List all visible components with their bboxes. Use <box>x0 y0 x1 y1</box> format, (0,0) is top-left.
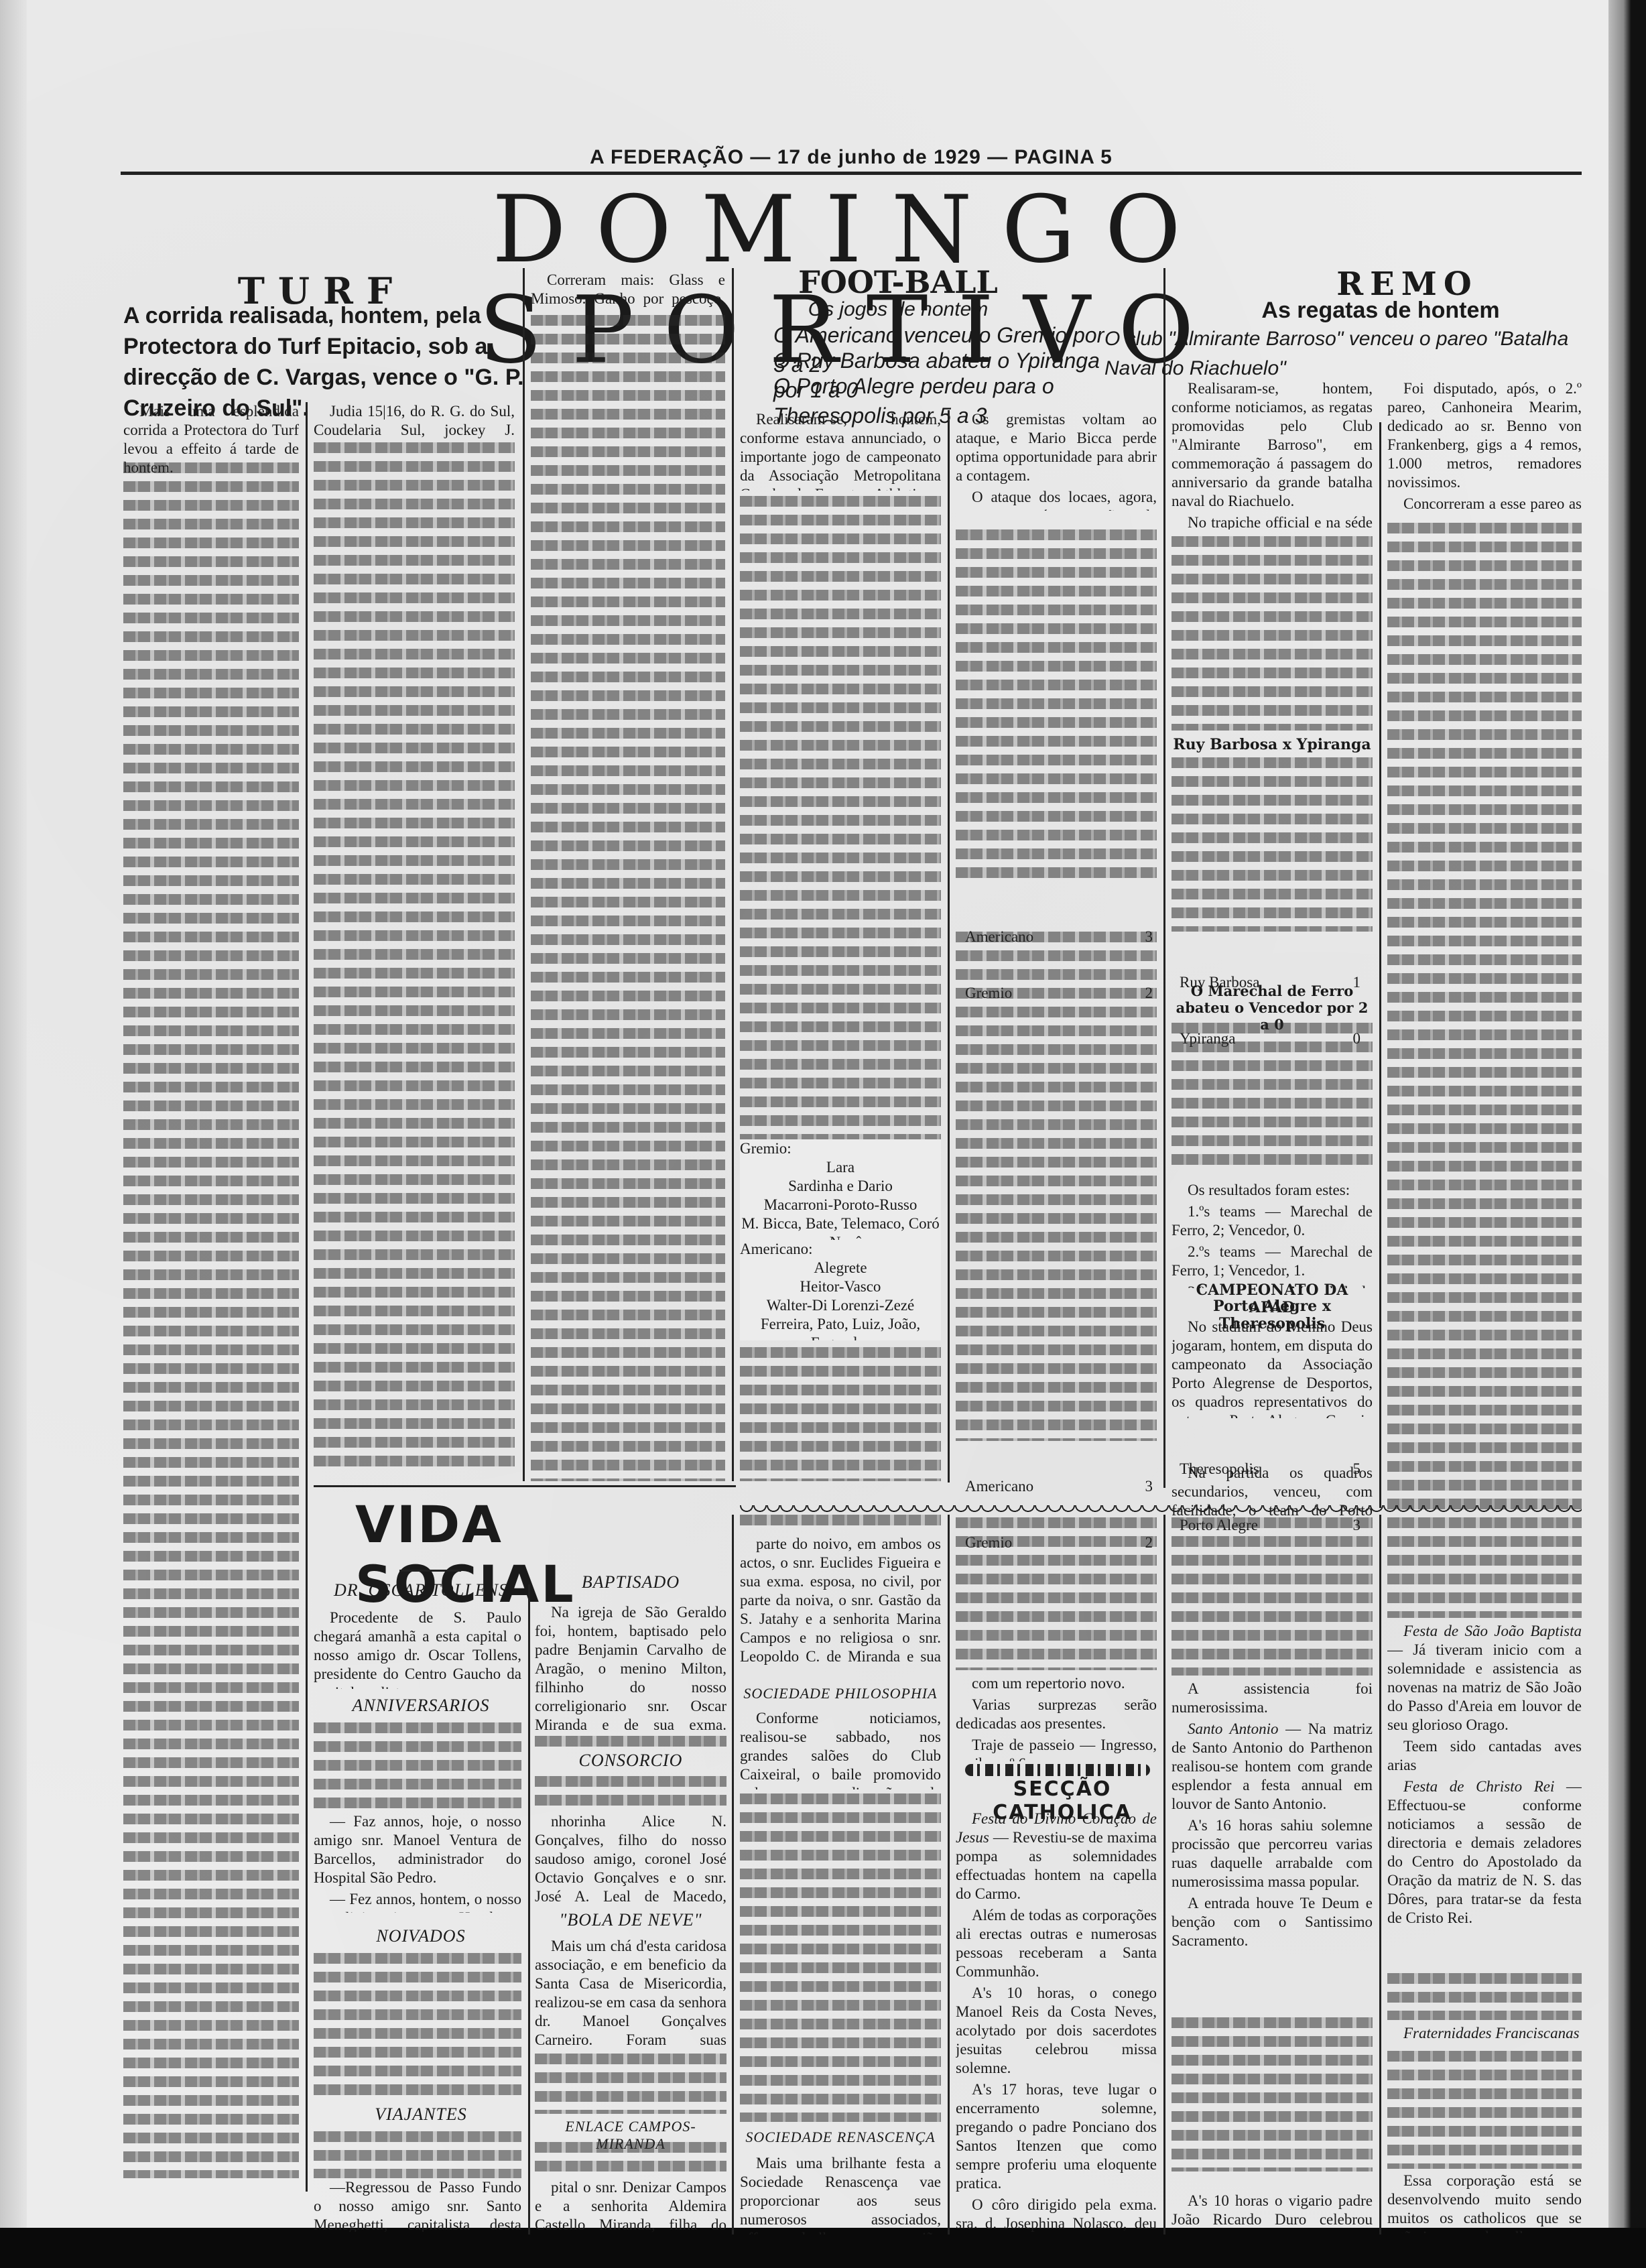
catholica-column-2-top <box>1172 1517 1373 1676</box>
sociedade-renascenca-text: Mais uma brilhante festa a Sociedade Ren… <box>740 2154 941 2234</box>
consorcio-text <box>535 1776 726 1810</box>
viajantes-last-text: —Regressou de Passo Fundo o nosso amigo … <box>314 2178 521 2232</box>
baptisado-heading: BAPTISADO <box>533 1572 728 1592</box>
remo-col2-p2: Concorreram a esse pareo as tripulações … <box>1387 495 1582 513</box>
oscar-lead: Procedente de S. Paulo chegará amanhã a … <box>314 1609 521 1689</box>
masthead-text: A FEDERAÇÃO — 17 de junho de 1929 — PAGI… <box>590 145 1113 169</box>
gremio-line: Lara <box>740 1158 941 1177</box>
franciscanas-title: Fraternidades Franciscanas <box>1387 2024 1582 2043</box>
viajantes-text <box>314 2131 521 2178</box>
remo-subtitle: O club "Almirante Barroso" venceu o pare… <box>1104 324 1587 383</box>
turf-col2-lead: Judia 15|16, do R. G. do Sul, Coudelaria… <box>314 402 515 442</box>
santo-antonio-p3: A entrada houve Te Deum e benção com o S… <box>1172 1894 1373 1950</box>
christo-rei-title: Festa de Christo Rei <box>1403 1778 1554 1795</box>
football-column-2-text <box>956 529 1157 885</box>
bola-de-neve-heading: "BOLA DE NEVE" <box>533 1910 728 1930</box>
bola-de-neve-lead: Mais um chá d'esta caridosa associação, … <box>535 1937 726 2051</box>
catholica-column-3-more <box>1387 2051 1582 2169</box>
column-rule <box>732 268 734 1481</box>
turf-column-3-text <box>531 315 725 1481</box>
social-column-4-top <box>956 1517 1157 1670</box>
oscar-text: Procedente de S. Paulo chegará amanhã a … <box>314 1609 521 1689</box>
marechal-text <box>1172 1023 1373 1169</box>
football-column-2-text-2 <box>956 932 1157 1441</box>
social-col4-p2: Varias surprezas serão dedicadas aos pre… <box>956 1696 1157 1733</box>
score-goals: 3 <box>1145 1477 1153 1496</box>
catholica-p2: Além de todas as corporações ali erectas… <box>956 1906 1157 1981</box>
title-underline <box>399 1570 461 1572</box>
americano-line: Alegrete <box>740 1259 941 1277</box>
baptisado-more <box>535 1736 726 1749</box>
sao-joao-text: — Já tiveram inicio com a solemnidade e … <box>1387 1641 1582 1733</box>
americano-line: Heitor-Vasco <box>740 1277 941 1296</box>
catholica-col2-p0: A assistencia foi numerosissima. <box>1172 1680 1373 1717</box>
newspaper-page: A FEDERAÇÃO — 17 de junho de 1929 — PAGI… <box>0 0 1646 2268</box>
apad-text: No stadium do Menino Deus jogaram, honte… <box>1172 1318 1373 1418</box>
americano-line: Walter-Di Lorenzi-Zezé <box>740 1296 941 1315</box>
christo-rei-text: — Effectuou-se conforme noticiamos a ses… <box>1387 1778 1582 1926</box>
anniversarios-text <box>314 1722 521 1810</box>
result-line: 2.ºs teams — Marechal de Ferro, 1; Vence… <box>1172 1243 1373 1280</box>
viajantes-last: —Regressou de Passo Fundo o nosso amigo … <box>314 2178 521 2232</box>
scan-right-edge <box>1608 0 1646 2268</box>
santo-antonio-paragraph: Santo Antonio — Na matriz de Santo Anton… <box>1172 1720 1373 1814</box>
sao-joao-paragraph: Festa de São João Baptista — Já tiveram … <box>1387 1622 1582 1735</box>
catholica-column-3-mid <box>1387 1973 1582 2020</box>
santo-antonio-title: Santo Antonio <box>1188 1720 1278 1737</box>
sociedade-renascenca-heading: SOCIEDADE RENASCENÇA <box>740 2129 941 2146</box>
catholica-p3: A's 10 horas, o conego Manoel Reis da Co… <box>956 1984 1157 2078</box>
catholica-column-3: Festa de São João Baptista — Já tiveram … <box>1387 1622 1582 1970</box>
turf-col3-lead: Correram mais: Glass e Mimoso. Ganho por… <box>531 271 725 311</box>
social-col4-p3: Traje de passeio — Ingresso, recibo n.º … <box>956 1736 1157 1761</box>
column-rule <box>523 268 525 1481</box>
social-column-3-top <box>740 1515 941 1531</box>
score-team: Americano <box>965 1477 1033 1496</box>
sociedade-philosophia-more <box>740 1793 941 2122</box>
oscar-heading: DR. OSCAR TOLLENS <box>314 1580 528 1600</box>
franciscanas: Fraternidades Franciscanas <box>1387 2024 1582 2051</box>
franciscanas-title-text: Fraternidades Franciscanas <box>1403 2025 1580 2041</box>
remo-col1-lead: Realisaram-se, hontem, conforme noticiam… <box>1172 379 1373 511</box>
anniversary-1: — Faz annos, hoje, o nosso amigo snr. Ma… <box>314 1812 521 1887</box>
results-intro: Os resultados foram estes: <box>1172 1181 1373 1200</box>
remo-column-1: Realisaram-se, hontem, conforme noticiam… <box>1172 379 1373 529</box>
enlace-last: pital o snr. Denizar Campos e a senhorit… <box>535 2178 726 2234</box>
catholica-col2-last: A's 10 horas o vigario padre João Ricard… <box>1172 2192 1373 2232</box>
column-rule <box>732 1515 734 2234</box>
football-col2-lead: Os gremistas voltam ao ataque, e Mario B… <box>956 410 1157 485</box>
remo-col2-lead: Foi disputado, após, o 2.º pareo, Canhon… <box>1387 379 1582 492</box>
sociedade-philosophia-heading: SOCIEDADE PHILOSOPHIA <box>740 1685 941 1702</box>
catholica-final: Essa corporação está se desenvolvendo mu… <box>1387 2171 1582 2233</box>
football-teams-americano: Americano: Alegrete Heitor-Vasco Walter-… <box>740 1240 941 1340</box>
anniversarios-heading: ANNIVERSARIOS <box>314 1696 528 1716</box>
remo-headline: As regatas de hontem <box>1247 295 1515 326</box>
section-divider <box>314 1485 736 1487</box>
anniversary-2: — Fez annos, hontem, o nosso correligion… <box>314 1890 521 1913</box>
football-col2-p2: O ataque dos locaes, agora, com a má act… <box>956 488 1157 511</box>
bola-de-neve-more <box>535 2054 726 2114</box>
apad-lead: No stadium do Menino Deus jogaram, honte… <box>1172 1318 1373 1418</box>
gremio-line: Sardinha e Dario <box>740 1177 941 1196</box>
sociedade-renascenca-lead: Mais uma brilhante festa a Sociedade Ren… <box>740 2154 941 2234</box>
turf-column-2-text <box>314 442 515 1474</box>
section-divider <box>740 1505 1582 1515</box>
scan-left-edge <box>0 0 27 2268</box>
americano-line: Ferreira, Pato, Luiz, João, Fagundes <box>740 1315 941 1340</box>
social-column-3: parte do noivo, em ambos os actos, o snr… <box>740 1535 941 1669</box>
masthead: A FEDERAÇÃO — 17 de junho de 1929 — PAGI… <box>121 145 1582 175</box>
sao-joao-title: Festa de São João Baptista <box>1403 1623 1582 1639</box>
remo-column-2: Foi disputado, após, o 2.º pareo, Canhon… <box>1387 379 1582 513</box>
ornamental-border <box>965 1764 1150 1776</box>
catholica-column-1: Festa do Divino Coração de Jesus — Reves… <box>956 1810 1157 2232</box>
consorcio-para: nhorinha Alice N. Gonçalves, filho do no… <box>535 1812 726 1906</box>
column-rule <box>528 1584 530 2234</box>
column-rule <box>948 1515 950 2234</box>
social-col4-p1: com um repertorio novo. <box>956 1674 1157 1693</box>
catholica-p5: O côro dirigido pela exma. sra. d. Josep… <box>956 2196 1157 2232</box>
ruy-barbosa-text <box>1172 757 1373 932</box>
christo-rei-paragraph: Festa de Christo Rei — Effectuou-se conf… <box>1387 1777 1582 1928</box>
consorcio-text-p: nhorinha Alice N. Gonçalves, filho do no… <box>535 1812 726 1906</box>
marechal-results: Os resultados foram estes: 1.ºs teams — … <box>1172 1181 1373 1288</box>
column-rule <box>1163 1515 1165 2234</box>
catholica-column-2-more <box>1172 2017 1373 2171</box>
bola-de-neve-text: Mais um chá d'esta caridosa associação, … <box>535 1937 726 2051</box>
noivados-text <box>314 1953 521 2100</box>
column-rule <box>1379 1515 1381 2234</box>
column-rule <box>1163 268 1165 1488</box>
sao-joao-p2: Teem sido cantadas aves arias <box>1387 1737 1582 1775</box>
anniversarios-paragraphs: — Faz annos, hoje, o nosso amigo snr. Ma… <box>314 1812 521 1913</box>
enlace-last-text: pital o snr. Denizar Campos e a senhorit… <box>535 2178 726 2234</box>
divino-coracao-paragraph: Festa do Divino Coração de Jesus — Reves… <box>956 1810 1157 1903</box>
remo-col1-p2: No trapiche official e na séde do campeã… <box>1172 513 1373 529</box>
americano-label: Americano: <box>740 1240 941 1259</box>
baptisado-lead: Na igreja de São Geraldo foi, hontem, ba… <box>535 1603 726 1730</box>
column-rule <box>1379 422 1381 1508</box>
social-column-4: com um repertorio novo. Varias surprezas… <box>956 1674 1157 1761</box>
santo-antonio-p2: A's 16 horas sahiu solemne procissão que… <box>1172 1816 1373 1891</box>
turf-column-3: Correram mais: Glass e Mimoso. Ganho por… <box>531 271 725 311</box>
remo-column-2-text <box>1387 523 1582 1515</box>
football-column-1: Realisaram-se, hontem, conforme estava a… <box>740 410 941 491</box>
sociedade-philosophia-text: Conforme noticiamos, realisou-se sabbado… <box>740 1709 941 1789</box>
result-line: 1.ºs teams — Marechal de Ferro, 2; Vence… <box>1172 1202 1373 1240</box>
catholica-column-2: A assistencia foi numerosissima. Santo A… <box>1172 1680 1373 2015</box>
sociedade-philosophia-lead: Conforme noticiamos, realisou-se sabbado… <box>740 1709 941 1789</box>
consorcio-heading: CONSORCIO <box>533 1751 728 1771</box>
football-column-1-text-2 <box>740 1347 941 1481</box>
turf-column-2: Judia 15|16, do R. G. do Sul, Coudelaria… <box>314 402 515 442</box>
noivados-heading: NOIVADOS <box>314 1926 528 1946</box>
catholica-column-3-final: Essa corporação está se desenvolvendo mu… <box>1387 2171 1582 2233</box>
baptisado-text: Na igreja de São Geraldo foi, hontem, ba… <box>535 1603 726 1730</box>
turf-column-1-text <box>123 462 299 2178</box>
catholica-p4: A's 17 horas, teve lugar o encerramento … <box>956 2080 1157 2193</box>
gremio-label: Gremio: <box>740 1139 941 1158</box>
remo-column-1-text <box>1172 536 1373 731</box>
football-col1-lead: Realisaram-se, hontem, conforme estava a… <box>740 410 941 491</box>
viajantes-heading: VIAJANTES <box>314 2104 528 2125</box>
catholica-column-2-last: A's 10 horas o vigario padre João Ricard… <box>1172 2192 1373 2232</box>
catholica-column-3-top <box>1387 1517 1582 1618</box>
enlace-text <box>535 2142 726 2178</box>
column-rule <box>306 402 308 2192</box>
social-col3-lead: parte do noivo, em ambos os actos, o snr… <box>740 1535 941 1669</box>
column-rule <box>948 410 950 1483</box>
football-column-2: Os gremistas voltam ao ataque, e Mario B… <box>956 410 1157 511</box>
gremio-line: Macarroni-Poroto-Russo <box>740 1196 941 1214</box>
ruy-barbosa-heading: Ruy Barbosa x Ypiranga <box>1172 736 1373 753</box>
